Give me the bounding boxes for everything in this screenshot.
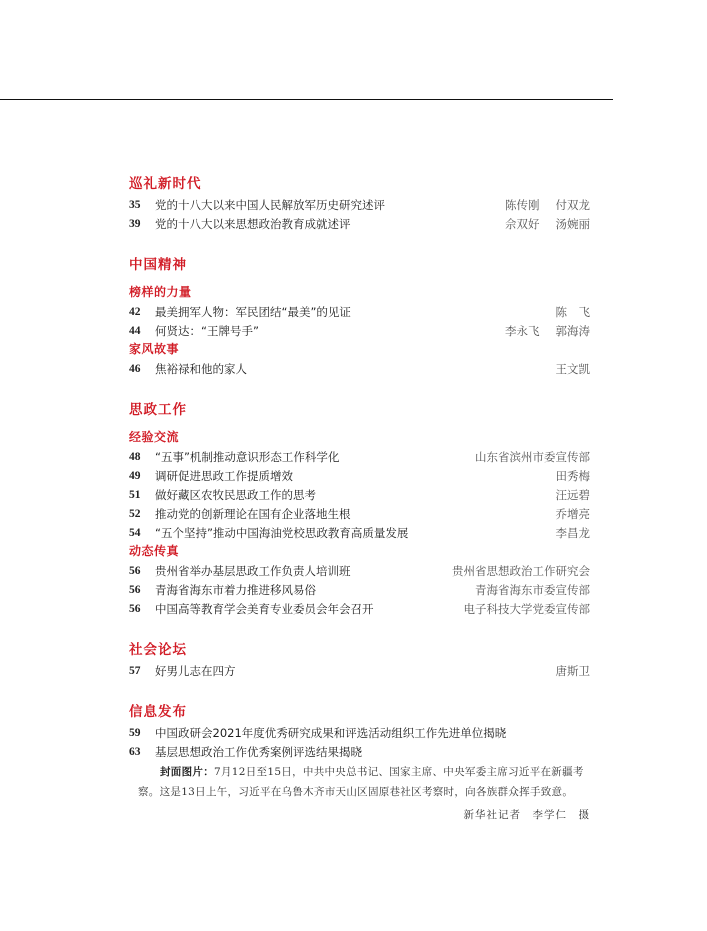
author-name: 汪远碧 bbox=[556, 488, 591, 502]
article-authors: 乔增亮 bbox=[556, 506, 591, 522]
toc-entry[interactable]: 46焦裕禄和他的家人王文凯 bbox=[129, 359, 590, 378]
article-title: 中国高等教育学会美育专业委员会年会召开 bbox=[155, 601, 464, 617]
article-title: 青海省海东市着力推进移风易俗 bbox=[155, 582, 475, 598]
article-authors: 唐斯卫 bbox=[556, 663, 591, 679]
page-number: 57 bbox=[129, 665, 155, 677]
toc-section: 信息发布59中国政研会2021年度优秀研究成果和评选活动组织工作先进单位揭晓63… bbox=[129, 704, 590, 761]
page-number: 51 bbox=[129, 489, 155, 501]
page-number: 46 bbox=[129, 363, 155, 375]
toc-entry[interactable]: 52推动党的创新理论在国有企业落地生根乔增亮 bbox=[129, 504, 590, 523]
article-title: “五个坚持”推动中国海油党校思政教育高质量发展 bbox=[155, 525, 556, 541]
article-authors: 陈传刚付双龙 bbox=[505, 197, 590, 213]
section-heading: 巡礼新时代 bbox=[129, 176, 590, 192]
author-name: 付双龙 bbox=[556, 198, 591, 212]
author-name: 汤婉丽 bbox=[556, 217, 591, 231]
section-heading: 思政工作 bbox=[129, 402, 590, 418]
page-number: 49 bbox=[129, 470, 155, 482]
subsection-heading: 动态传真 bbox=[129, 544, 590, 559]
page-number: 56 bbox=[129, 565, 155, 577]
author-name: 乔增亮 bbox=[556, 507, 591, 521]
article-title: 中国政研会2021年度优秀研究成果和评选活动组织工作先进单位揭晓 bbox=[155, 725, 590, 741]
article-title: 好男儿志在四方 bbox=[155, 663, 556, 679]
author-name: 青海省海东市委宣传部 bbox=[475, 583, 590, 597]
cover-caption-text: 封面图片：7月12日至15日，中共中央总书记、国家主席、中央军委主席习近平在新疆… bbox=[138, 763, 590, 802]
toc-entry[interactable]: 39党的十八大以来思想政治教育成就述评佘双好汤婉丽 bbox=[129, 214, 590, 233]
article-title: 最美拥军人物：军民团结“最美”的见证 bbox=[155, 304, 556, 320]
page-number: 44 bbox=[129, 325, 155, 337]
page-number: 59 bbox=[129, 727, 155, 739]
page-number: 56 bbox=[129, 584, 155, 596]
toc-entry[interactable]: 56贵州省举办基层思政工作负责人培训班贵州省思想政治工作研究会 bbox=[129, 561, 590, 580]
article-title: 推动党的创新理论在国有企业落地生根 bbox=[155, 506, 556, 522]
section-heading: 社会论坛 bbox=[129, 642, 590, 658]
toc-entry[interactable]: 63基层思想政治工作优秀案例评选结果揭晓 bbox=[129, 742, 590, 761]
table-of-contents: 巡礼新时代35党的十八大以来中国人民解放军历史研究述评陈传刚付双龙39党的十八大… bbox=[129, 176, 590, 761]
article-title: 基层思想政治工作优秀案例评选结果揭晓 bbox=[155, 744, 590, 760]
article-authors: 李昌龙 bbox=[556, 525, 591, 541]
author-name: 王文凯 bbox=[556, 362, 591, 376]
article-title: 调研促进思政工作提质增效 bbox=[155, 468, 556, 484]
toc-section: 中国精神榜样的力量42最美拥军人物：军民团结“最美”的见证陈 飞44何贤达：“王… bbox=[129, 257, 590, 378]
page-number: 52 bbox=[129, 508, 155, 520]
toc-section: 思政工作经验交流48“五事”机制推动意识形态工作科学化山东省滨州市委宣传部49调… bbox=[129, 402, 590, 618]
article-title: 党的十八大以来中国人民解放军历史研究述评 bbox=[155, 197, 505, 213]
toc-entry[interactable]: 35党的十八大以来中国人民解放军历史研究述评陈传刚付双龙 bbox=[129, 195, 590, 214]
toc-entry[interactable]: 49调研促进思政工作提质增效田秀梅 bbox=[129, 466, 590, 485]
author-name: 田秀梅 bbox=[556, 469, 591, 483]
toc-entry[interactable]: 56青海省海东市着力推进移风易俗青海省海东市委宣传部 bbox=[129, 580, 590, 599]
page-number: 35 bbox=[129, 199, 155, 211]
article-authors: 电子科技大学党委宣传部 bbox=[464, 601, 591, 617]
section-heading: 信息发布 bbox=[129, 704, 590, 720]
article-title: 焦裕禄和他的家人 bbox=[155, 361, 556, 377]
header-divider bbox=[0, 99, 613, 100]
subsection-heading: 家风故事 bbox=[129, 342, 590, 357]
page-number: 63 bbox=[129, 746, 155, 758]
article-authors: 山东省滨州市委宣传部 bbox=[475, 449, 590, 465]
subsection-heading: 榜样的力量 bbox=[129, 285, 590, 300]
article-authors: 青海省海东市委宣传部 bbox=[475, 582, 590, 598]
photo-credit: 新华社记者 李学仁 摄 bbox=[138, 806, 590, 826]
article-authors: 田秀梅 bbox=[556, 468, 591, 484]
author-name: 李永飞 bbox=[505, 324, 540, 338]
article-authors: 陈 飞 bbox=[556, 304, 591, 320]
page-number: 39 bbox=[129, 218, 155, 230]
toc-entry[interactable]: 51做好藏区农牧民思政工作的思考汪远碧 bbox=[129, 485, 590, 504]
article-authors: 李永飞郭海涛 bbox=[505, 323, 590, 339]
author-name: 电子科技大学党委宣传部 bbox=[464, 602, 591, 616]
article-title: 何贤达：“王牌号手” bbox=[155, 323, 505, 339]
author-name: 陈传刚 bbox=[505, 198, 540, 212]
page-number: 54 bbox=[129, 527, 155, 539]
author-name: 陈 飞 bbox=[556, 305, 591, 319]
subsection-heading: 经验交流 bbox=[129, 430, 590, 445]
article-title: “五事”机制推动意识形态工作科学化 bbox=[155, 449, 475, 465]
page-number: 56 bbox=[129, 603, 155, 615]
article-authors: 贵州省思想政治工作研究会 bbox=[452, 563, 590, 579]
article-authors: 佘双好汤婉丽 bbox=[505, 216, 590, 232]
page-number: 42 bbox=[129, 306, 155, 318]
toc-entry[interactable]: 54“五个坚持”推动中国海油党校思政教育高质量发展李昌龙 bbox=[129, 523, 590, 542]
toc-section: 社会论坛57好男儿志在四方唐斯卫 bbox=[129, 642, 590, 680]
cover-caption-label: 封面图片： bbox=[160, 766, 214, 778]
author-name: 郭海涛 bbox=[556, 324, 591, 338]
article-title: 党的十八大以来思想政治教育成就述评 bbox=[155, 216, 505, 232]
article-title: 贵州省举办基层思政工作负责人培训班 bbox=[155, 563, 452, 579]
toc-section: 巡礼新时代35党的十八大以来中国人民解放军历史研究述评陈传刚付双龙39党的十八大… bbox=[129, 176, 590, 233]
toc-entry[interactable]: 57好男儿志在四方唐斯卫 bbox=[129, 661, 590, 680]
toc-entry[interactable]: 42最美拥军人物：军民团结“最美”的见证陈 飞 bbox=[129, 302, 590, 321]
page-number: 48 bbox=[129, 451, 155, 463]
cover-caption: 封面图片：7月12日至15日，中共中央总书记、国家主席、中央军委主席习近平在新疆… bbox=[138, 763, 590, 826]
article-title: 做好藏区农牧民思政工作的思考 bbox=[155, 487, 556, 503]
author-name: 李昌龙 bbox=[556, 526, 591, 540]
author-name: 贵州省思想政治工作研究会 bbox=[452, 564, 590, 578]
section-heading: 中国精神 bbox=[129, 257, 590, 273]
author-name: 山东省滨州市委宣传部 bbox=[475, 450, 590, 464]
article-authors: 汪远碧 bbox=[556, 487, 591, 503]
toc-entry[interactable]: 59中国政研会2021年度优秀研究成果和评选活动组织工作先进单位揭晓 bbox=[129, 723, 590, 742]
toc-entry[interactable]: 44何贤达：“王牌号手”李永飞郭海涛 bbox=[129, 321, 590, 340]
toc-entry[interactable]: 56中国高等教育学会美育专业委员会年会召开电子科技大学党委宣传部 bbox=[129, 599, 590, 618]
toc-entry[interactable]: 48“五事”机制推动意识形态工作科学化山东省滨州市委宣传部 bbox=[129, 447, 590, 466]
author-name: 唐斯卫 bbox=[556, 664, 591, 678]
author-name: 佘双好 bbox=[505, 217, 540, 231]
article-authors: 王文凯 bbox=[556, 361, 591, 377]
